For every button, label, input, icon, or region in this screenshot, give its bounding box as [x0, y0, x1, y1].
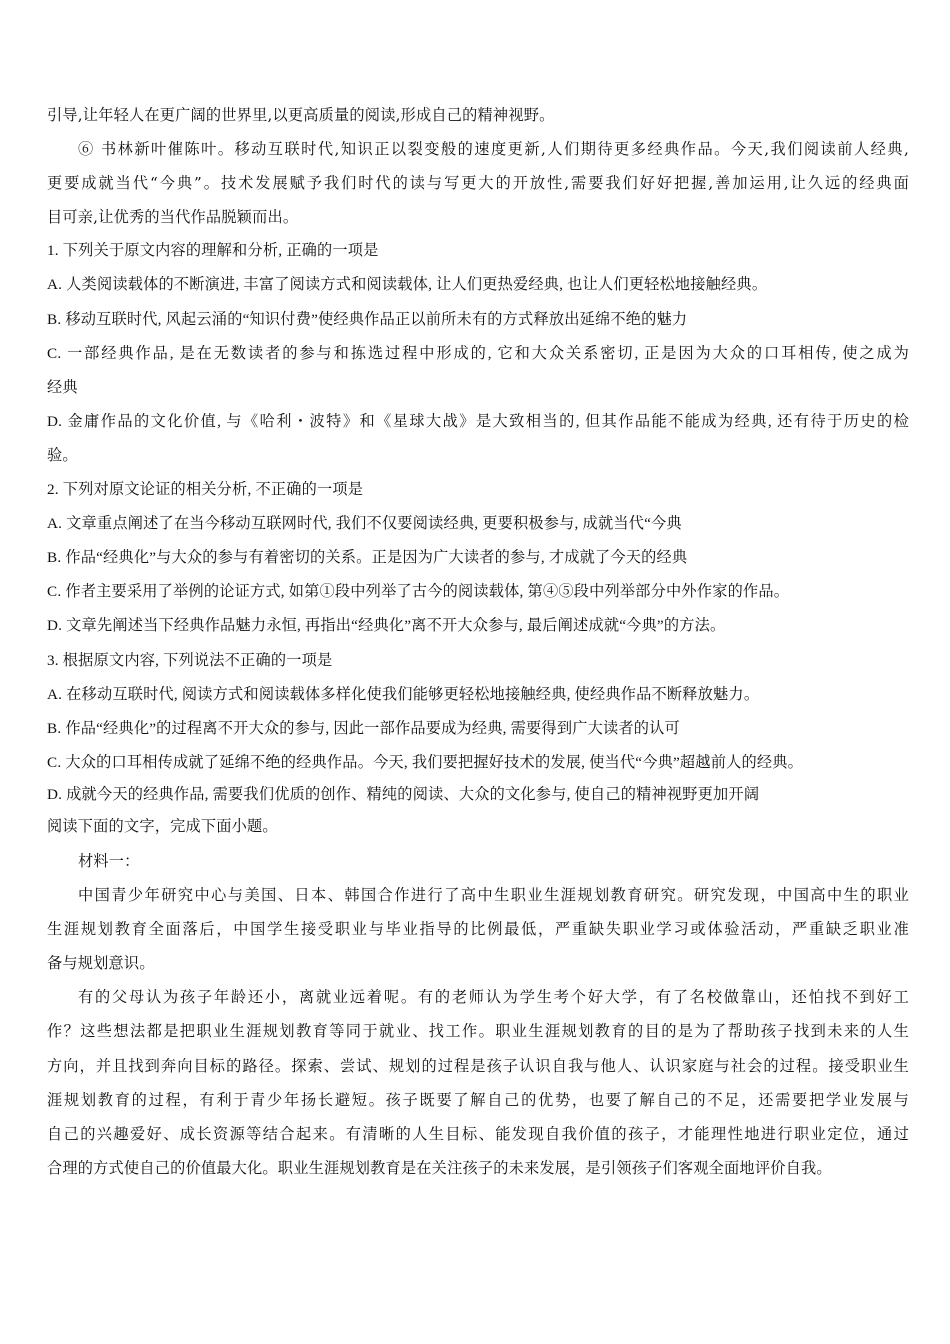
question-2: 2. 下列对原文论证的相关分析, 不正确的一项是 A. 文章重点阐述了在当今移动…: [47, 473, 909, 643]
option-c: C. 作者主要采用了举例的论证方式, 如第①段中列举了古今的阅读载体, 第④⑤段…: [47, 575, 909, 609]
paragraph-6-line: ⑥ 书林新叶催陈叶。移动互联时代,知识正以裂变般的速度更新,人们期待更多经典作品…: [47, 132, 909, 166]
question-stem: 1. 下列关于原文内容的理解和分析, 正确的一项是: [47, 234, 909, 268]
option-text: 成就今天的经典作品, 需要我们优质的创作、精纯的阅读、大众的文化参与, 使自己的…: [66, 786, 759, 803]
option-a: A. 文章重点阐述了在当今移动互联网时代, 我们不仅要阅读经典, 更要积极参与,…: [47, 507, 909, 541]
option-label: A.: [47, 268, 62, 302]
material-line: 中国青少年研究中心与美国、日本、韩国合作进行了高中生职业生涯规划教育研究。研究发…: [47, 878, 909, 912]
option-text: 大众的口耳相传成就了延绵不绝的经典作品。今天, 我们要把握好技术的发展, 使当代…: [65, 754, 803, 771]
option-a: A. 在移动互联时代, 阅读方式和阅读载体多样化使我们能够更轻松地接触经典, 使…: [47, 678, 909, 712]
option-b: B. 作品“经典化”的过程离不开大众的参与, 因此一部作品要成为经典, 需要得到…: [47, 712, 909, 746]
option-a: A. 人类阅读载体的不断演进, 丰富了阅读方式和阅读载体, 让人们更热爱经典, …: [47, 268, 909, 302]
question-number: 3.: [47, 644, 59, 678]
option-d: D. 文章先阐述当下经典作品魅力永恒, 再指出“经典化”离不开大众参与, 最后阐…: [47, 609, 909, 643]
material-line: 作？这些想法都是把职业生涯规划教育等同于就业、找工作。职业生涯规划教育的目的是为…: [47, 1014, 909, 1048]
question-text: 下列关于原文内容的理解和分析, 正确的一项是: [63, 242, 379, 259]
option-text: 移动互联时代, 风起云涌的“知识付费”使经典作品正以前所未有的方式释放出延绵不绝…: [65, 311, 687, 328]
paragraph-6-line: 更要成就当代“今典”。技术发展赋予我们时代的读与写更大的开放性,需要我们好好把握…: [47, 166, 909, 200]
paragraph-6-line: 目可亲,让优秀的当代作品脱颖而出。: [47, 200, 909, 234]
question-stem: 2. 下列对原文论证的相关分析, 不正确的一项是: [47, 473, 909, 507]
question-number: 1.: [47, 234, 59, 268]
option-text: 文章重点阐述了在当今移动互联网时代, 我们不仅要阅读经典, 更要积极参与, 成就…: [66, 515, 682, 532]
option-label: C.: [47, 746, 61, 780]
option-text: 作者主要采用了举例的论证方式, 如第①段中列举了古今的阅读载体, 第④⑤段中列举…: [65, 583, 789, 600]
option-label: D.: [47, 405, 62, 439]
option-label: B.: [47, 712, 61, 746]
option-label: D.: [47, 780, 62, 810]
material-1-title: 材料一：: [47, 844, 909, 878]
material-1-paragraph-2: 有的父母认为孩子年龄还小，离就业远着呢。有的老师认为学生考个好大学，有了名校做靠…: [47, 980, 909, 1185]
option-d: D. 成就今天的经典作品, 需要我们优质的创作、精纯的阅读、大众的文化参与, 使…: [47, 780, 909, 810]
material-line: 合理的方式使自己的价值最大化。职业生涯规划教育是在关注孩子的未来发展，是引领孩子…: [47, 1151, 909, 1185]
material-line: 备与规划意识。: [47, 946, 909, 980]
option-b: B. 移动互联时代, 风起云涌的“知识付费”使经典作品正以前所未有的方式释放出延…: [47, 303, 909, 337]
material-line: 有的父母认为孩子年龄还小，离就业远着呢。有的老师认为学生考个好大学，有了名校做靠…: [47, 980, 909, 1014]
question-text: 根据原文内容, 下列说法不正确的一项是: [63, 652, 333, 669]
option-b: B. 作品“经典化”与大众的参与有着密切的关系。正是因为广大读者的参与, 才成就…: [47, 541, 909, 575]
option-text: 金庸作品的文化价值, 与《哈利・波特》和《星球大战》是大致相当的, 但其作品能不…: [67, 413, 909, 430]
option-c-continued: 经典: [47, 371, 909, 405]
material-line: 涯规划教育的过程，有利于青少年扬长避短。孩子既要了解自己的优势，也要了解自己的不…: [47, 1083, 909, 1117]
option-label: A.: [47, 678, 62, 712]
option-label: B.: [47, 303, 61, 337]
material-line: 方向，并且找到奔向目标的路径。探索、尝试、规划的过程是孩子认识自我与他人、认识家…: [47, 1049, 909, 1083]
option-text: 作品“经典化”与大众的参与有着密切的关系。正是因为广大读者的参与, 才成就了今天…: [65, 549, 687, 566]
paragraph-6: ⑥ 书林新叶催陈叶。移动互联时代,知识正以裂变般的速度更新,人们期待更多经典作品…: [47, 132, 909, 234]
option-label: A.: [47, 507, 62, 541]
reading-instruction: 阅读下面的文字，完成下面小题。: [47, 810, 909, 844]
option-c: C. 大众的口耳相传成就了延绵不绝的经典作品。今天, 我们要把握好技术的发展, …: [47, 746, 909, 780]
question-text: 下列对原文论证的相关分析, 不正确的一项是: [63, 481, 363, 498]
question-3: 3. 根据原文内容, 下列说法不正确的一项是 A. 在移动互联时代, 阅读方式和…: [47, 644, 909, 810]
material-line: 生涯规划教育全面落后，中国学生接受职业与毕业指导的比例最低，严重缺失职业学习或体…: [47, 912, 909, 946]
passage-closing-line: 引导,让年轻人在更广阔的世界里,以更高质量的阅读,形成自己的精神视野。: [47, 98, 909, 132]
option-d: D. 金庸作品的文化价值, 与《哈利・波特》和《星球大战》是大致相当的, 但其作…: [47, 405, 909, 439]
option-c: C. 一部经典作品, 是在无数读者的参与和拣选过程中形成的, 它和大众关系密切,…: [47, 337, 909, 371]
option-text: 人类阅读载体的不断演进, 丰富了阅读方式和阅读载体, 让人们更热爱经典, 也让人…: [66, 276, 767, 293]
option-text: 文章先阐述当下经典作品魅力永恒, 再指出“经典化”离不开大众参与, 最后阐述成就…: [66, 617, 725, 634]
option-text: 在移动互联时代, 阅读方式和阅读载体多样化使我们能够更轻松地接触经典, 使经典作…: [66, 686, 759, 703]
material-1: 材料一： 中国青少年研究中心与美国、日本、韩国合作进行了高中生职业生涯规划教育研…: [47, 844, 909, 1185]
material-1-paragraph-1: 中国青少年研究中心与美国、日本、韩国合作进行了高中生职业生涯规划教育研究。研究发…: [47, 878, 909, 980]
question-1: 1. 下列关于原文内容的理解和分析, 正确的一项是 A. 人类阅读载体的不断演进…: [47, 234, 909, 473]
material-line: 自己的兴趣爱好、成长资源等结合起来。有清晰的人生目标、能发现自我价值的孩子，才能…: [47, 1117, 909, 1151]
option-label: C.: [47, 575, 61, 609]
option-d-continued: 验。: [47, 439, 909, 473]
option-label: B.: [47, 541, 61, 575]
question-stem: 3. 根据原文内容, 下列说法不正确的一项是: [47, 644, 909, 678]
option-label: D.: [47, 609, 62, 643]
option-text: 一部经典作品, 是在无数读者的参与和拣选过程中形成的, 它和大众关系密切, 正是…: [67, 345, 909, 362]
exam-page: 引导,让年轻人在更广阔的世界里,以更高质量的阅读,形成自己的精神视野。 ⑥ 书林…: [47, 98, 909, 1185]
question-number: 2.: [47, 473, 59, 507]
option-text: 作品“经典化”的过程离不开大众的参与, 因此一部作品要成为经典, 需要得到广大读…: [65, 720, 680, 737]
option-label: C.: [47, 337, 61, 371]
